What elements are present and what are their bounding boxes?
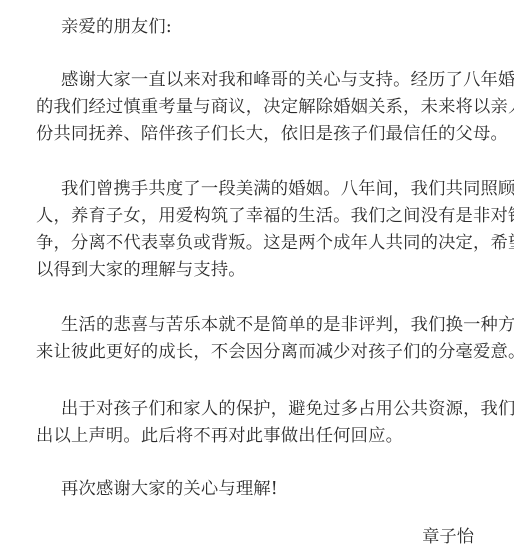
paragraph-line: 生活的悲喜与苦乐本就不是简单的是非评判，我们换一种方式 <box>61 315 499 335</box>
paragraph-line: 我们曾携手共度了一段美满的婚姻。八年间，我们共同照顾家 <box>61 179 499 199</box>
closing-line: 再次感谢大家的关心与理解! <box>61 479 499 499</box>
paragraph-line: 人，养育子女，用爱构筑了幸福的生活。我们之间没有是非对错之 <box>36 206 474 226</box>
paragraph-line: 感谢大家一直以来对我和峰哥的关心与支持。经历了八年婚姻 <box>61 70 499 90</box>
paragraph-line: 的我们经过慎重考量与商议，决定解除婚姻关系，未来将以亲人身 <box>36 97 474 117</box>
paragraph-line: 以得到大家的理解与支持。 <box>36 260 474 280</box>
paragraph-line: 出以上声明。此后将不再对此事做出任何回应。 <box>36 426 474 446</box>
paragraph-line: 出于对孩子们和家人的保护，避免过多占用公共资源，我们做 <box>61 399 499 419</box>
paragraph-line: 来让彼此更好的成长，不会因分离而减少对孩子们的分毫爱意。 <box>36 342 474 362</box>
signature: 章子怡 <box>422 527 474 547</box>
greeting: 亲爱的朋友们: <box>61 17 499 37</box>
paragraph-line: 份共同抚养、陪伴孩子们长大，依旧是孩子们最信任的父母。 <box>36 124 474 144</box>
paragraph-line: 争，分离不代表辜负或背叛。这是两个成年人共同的决定，希望可 <box>36 233 474 253</box>
